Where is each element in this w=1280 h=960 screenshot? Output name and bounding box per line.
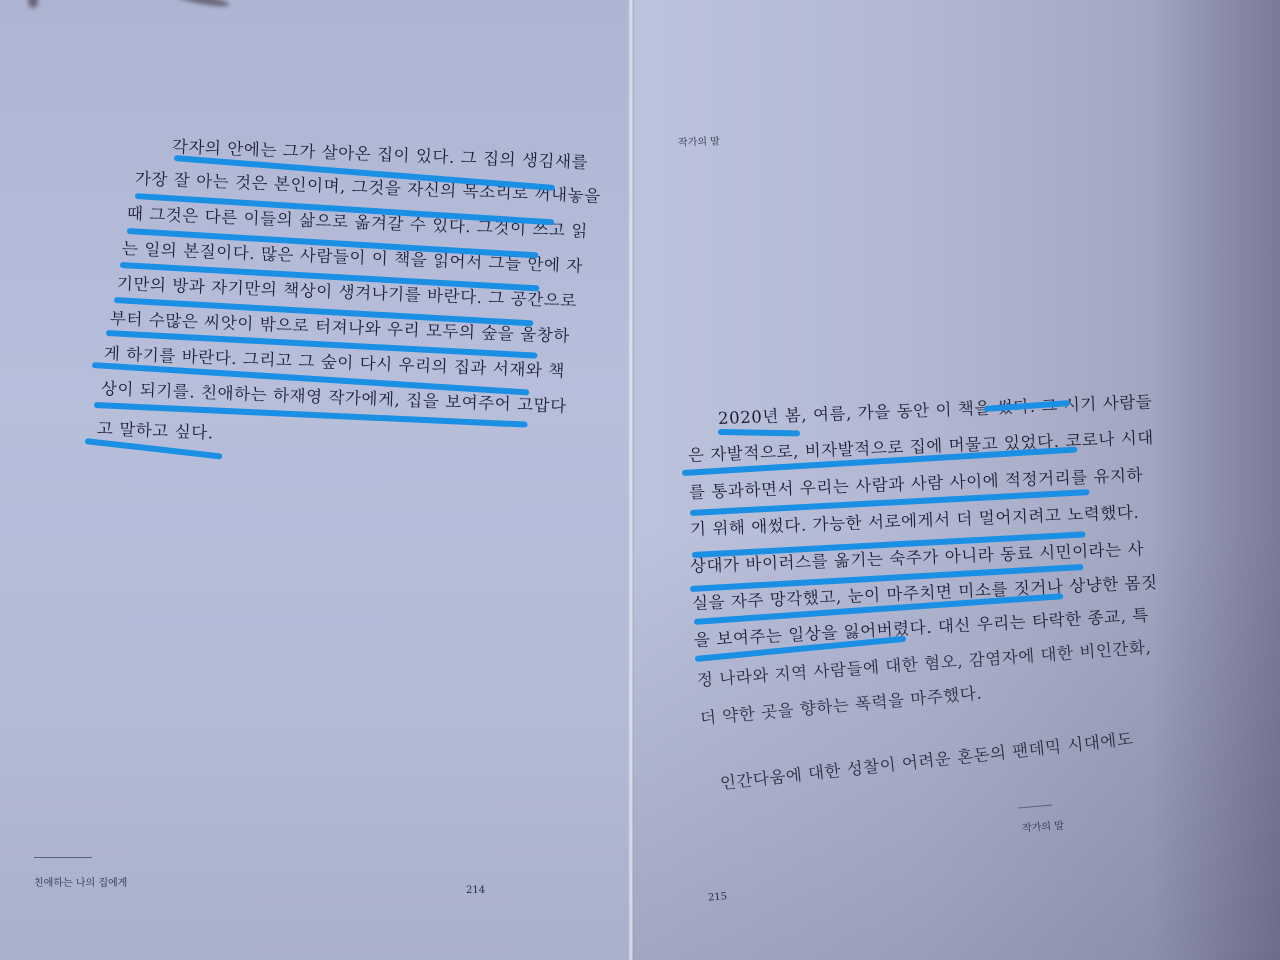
page-number: 214	[466, 885, 485, 896]
footer-rule	[34, 857, 92, 858]
left-page: 각자의 안에는 그가 살아온 집이 있다. 그 집의 생김새를 가장 잘 아는 …	[0, 0, 632, 960]
smudge	[175, 0, 231, 9]
running-head: 작가의 말	[678, 132, 720, 148]
highlight-stroke	[718, 429, 800, 436]
shadow	[1150, 0, 1280, 960]
text-line: 인간다움에 대한 성찰이 어려운 혼돈의 팬데믹 시대에도	[719, 725, 1135, 794]
footer-rule	[1018, 805, 1052, 809]
footer-section: 작가의 말	[1022, 817, 1065, 835]
smudge	[28, 0, 38, 8]
page-number: 215	[708, 891, 728, 903]
footer-book-title: 친애하는 나의 집에게	[34, 874, 127, 889]
book-spine	[628, 0, 634, 960]
text-line: 각자의 안에는 그가 살아온 집이 있다. 그 집의 생김새를	[172, 133, 589, 173]
text-line: 고 말하고 싶다.	[97, 415, 215, 443]
text-line: 2020년 봄, 여름, 가을 동안 이 책을 썼다. 그 시기 사람들	[718, 388, 1153, 429]
